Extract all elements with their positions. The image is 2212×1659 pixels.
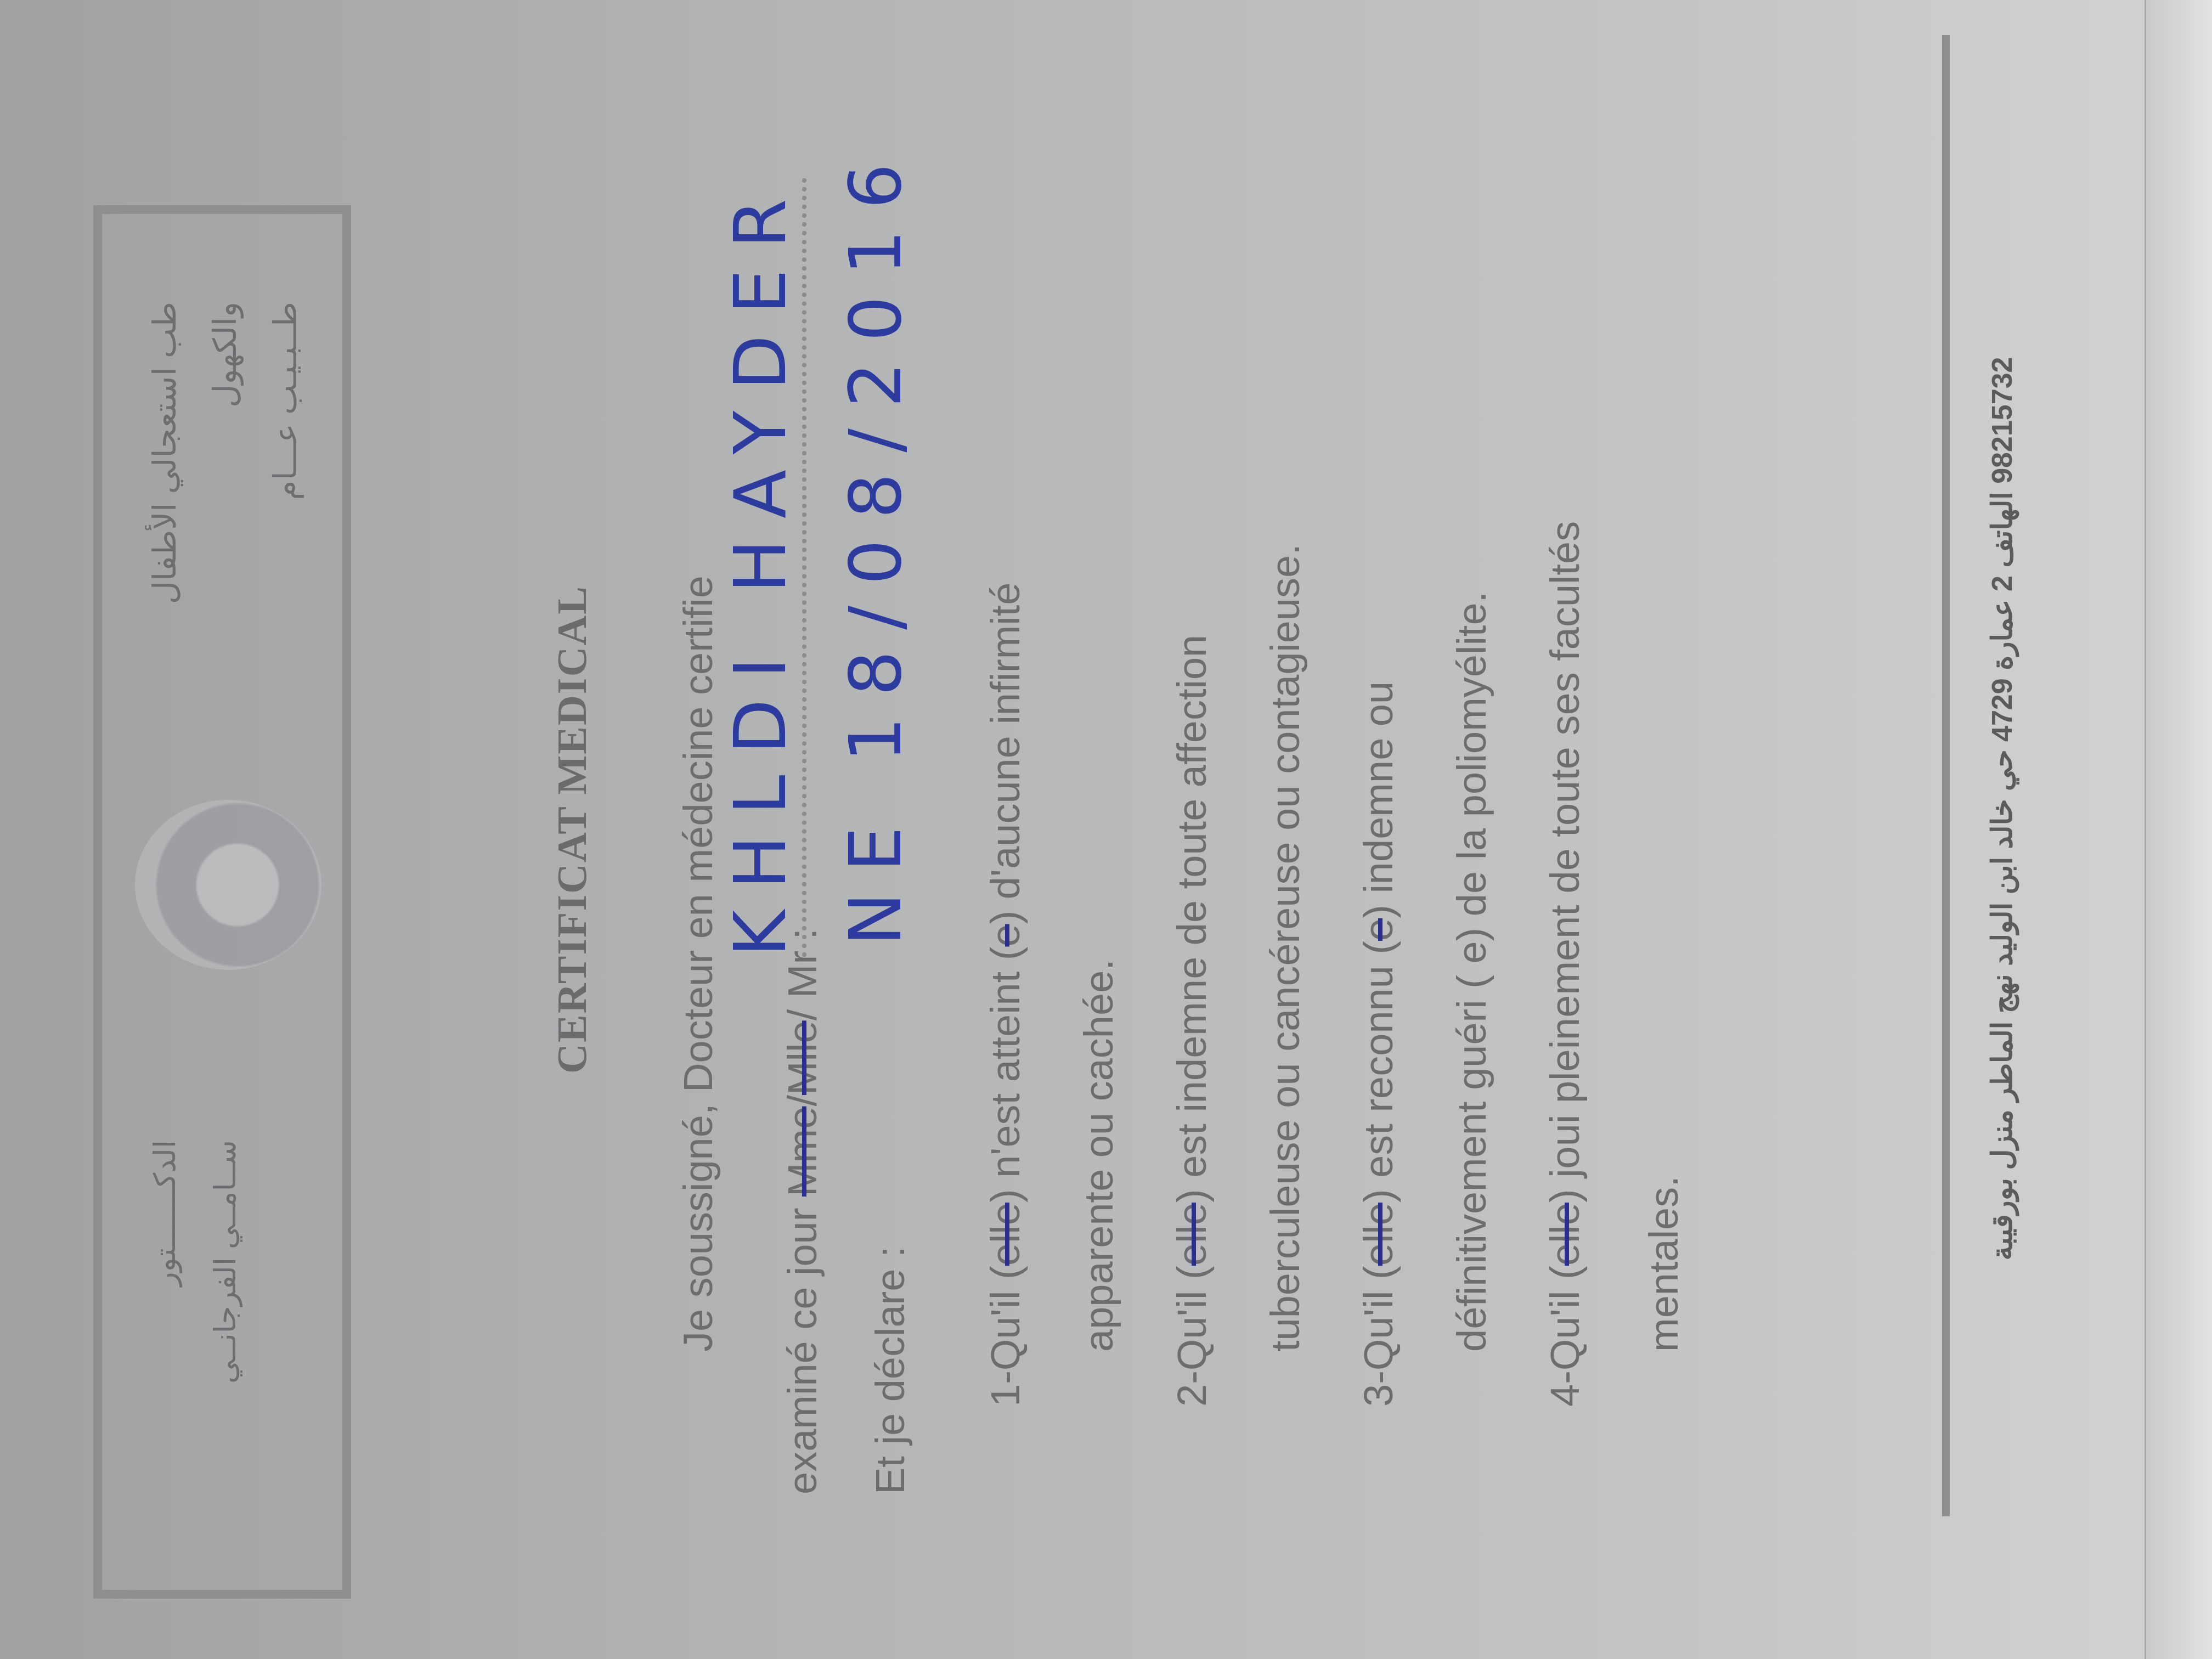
declaration-2-continued: tuberculeuse ou cancéreuse ou contagieus…	[1262, 544, 1308, 1352]
struck-elle: elle	[983, 1203, 1028, 1266]
footer-divider	[1942, 35, 1950, 1516]
patient-name-handwritten: KHLDI HAYDER	[719, 178, 806, 957]
struck-e: e	[983, 924, 1028, 946]
page-title: CERTIFICAT MEDICAL	[549, 0, 596, 1659]
letterhead-general-practitioner: طــبـيـب عـــام	[256, 302, 316, 686]
declaration-2: 2-Qu'il (elle) est indemne de toute affe…	[1169, 635, 1215, 1407]
examined-label: examiné ce jour	[780, 1208, 825, 1494]
birth-line-handwritten: NE 18/08/2016	[834, 143, 917, 946]
birth-label: NE	[834, 806, 917, 946]
letterhead-box: طب استعجالي الأطفال والكهول طــبـيـب عــ…	[93, 205, 351, 1599]
declaration-3: 3-Qu'il (elle) est reconnu (e) indemne o…	[1355, 681, 1402, 1407]
footer-address-phone: 98215732 الهاتف 2 عمارة 4729 حي خالد ابن…	[1986, 123, 2019, 1494]
struck-elle: elle	[1169, 1203, 1215, 1266]
intro-line-2: examiné ce jour Mme/Mlle/ Mr :	[779, 928, 826, 1494]
birth-date: 18/08/2016	[834, 143, 917, 762]
declaration-4: 4-Qu'il (elle) joui pleinement de toute …	[1542, 521, 1588, 1407]
salutation-mme-struck: Mme	[780, 1107, 825, 1197]
letterhead-specialty-line: طب استعجالي الأطفال والكهول	[135, 302, 256, 686]
intro-line-1: Je soussigné, Docteur en médecine certif…	[675, 575, 721, 1352]
letterhead-doctor-title: الدكـــــــتور	[135, 1140, 195, 1524]
letterhead-specialty: طب استعجالي الأطفال والكهول طــبـيـب عــ…	[135, 302, 316, 686]
struck-e: e	[1356, 918, 1401, 941]
caduceus-emblem-icon	[135, 800, 321, 970]
declaration-4-continued: mentales.	[1640, 1176, 1687, 1352]
struck-elle: elle	[1356, 1203, 1401, 1266]
declaration-3-continued: définitivement guéri ( e) de la poliomyé…	[1448, 591, 1495, 1352]
letterhead-doctor-name: الدكـــــــتور ســامــي الفرجانــي	[135, 1140, 256, 1524]
declaration-1: 1-Qu'il (elle) n'est atteint (e) d'aucun…	[982, 582, 1029, 1407]
salutation-mlle-struck: Mlle	[780, 1020, 825, 1095]
letterhead-doctor-fullname: ســامــي الفرجانــي	[195, 1140, 256, 1524]
declare-label: Et je déclare :	[867, 1246, 913, 1494]
medical-certificate-page: طب استعجالي الأطفال والكهول طــبـيـب عــ…	[0, 0, 2212, 1659]
struck-elle: elle	[1542, 1203, 1588, 1266]
declaration-1-continued: apparente ou cachée.	[1075, 959, 1122, 1352]
